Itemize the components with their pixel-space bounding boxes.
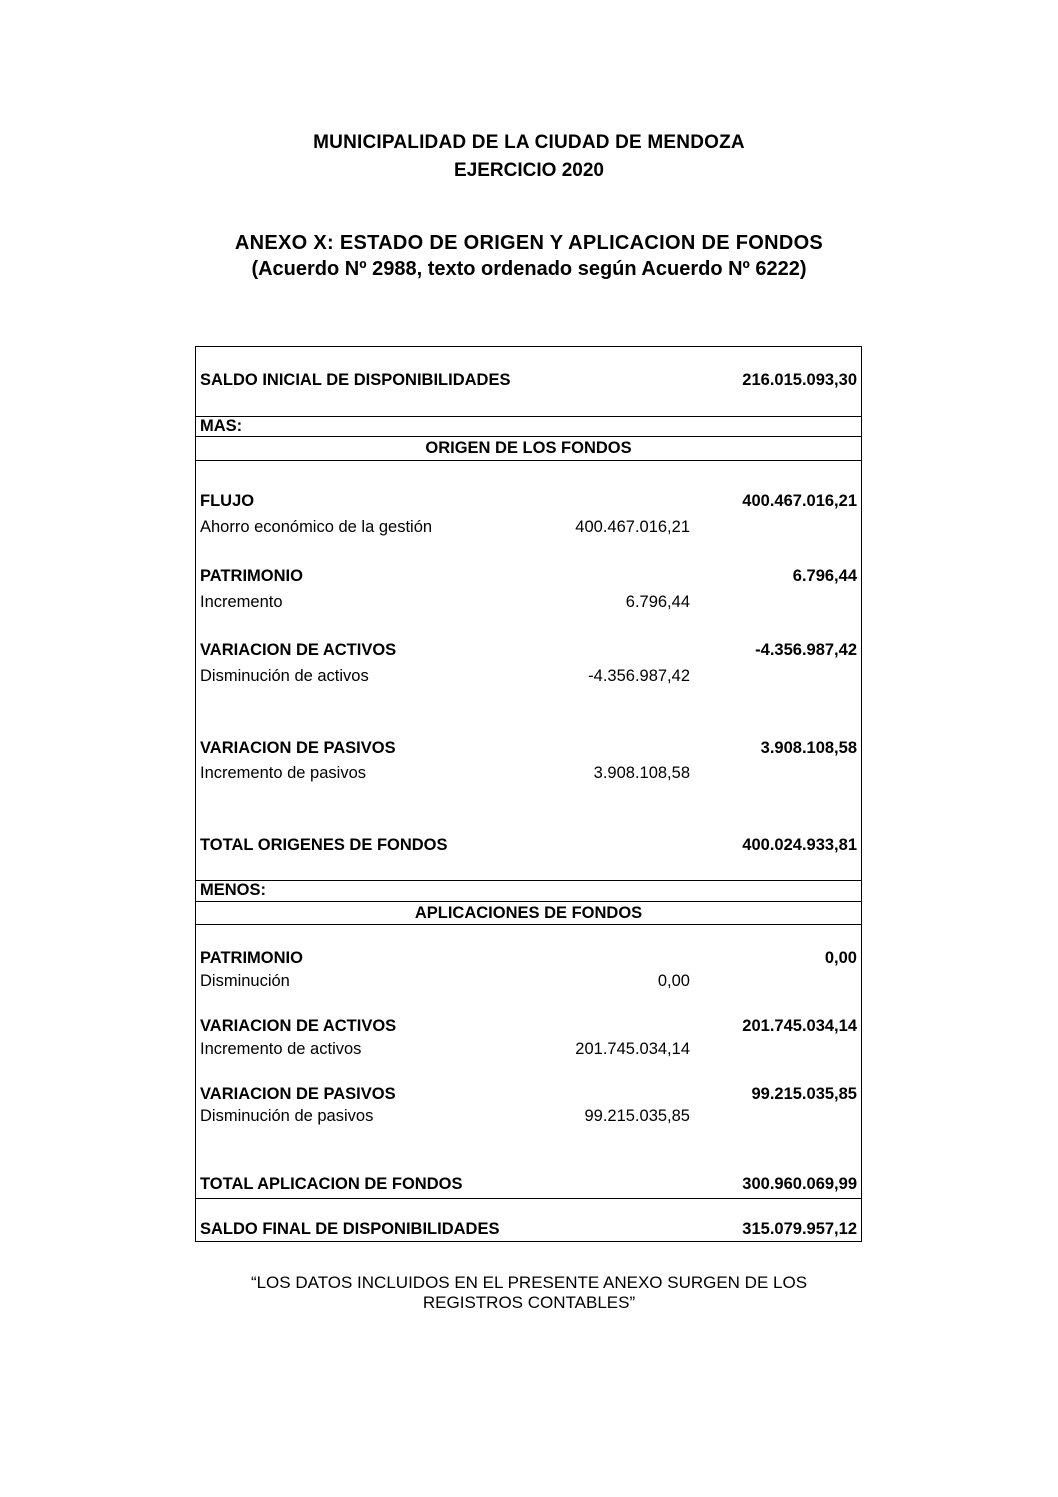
detail-amount: 99.215.035,85 (584, 1107, 690, 1126)
item-label: VARIACION DE PASIVOS (200, 739, 396, 758)
saldo-inicial-amount: 216.015.093,30 (742, 371, 857, 390)
detail-label: Incremento de activos (200, 1040, 361, 1059)
detail-label: Disminución de activos (200, 667, 369, 686)
divider (196, 924, 861, 925)
mas-label: MAS: (200, 417, 242, 436)
item-label: VARIACION DE ACTIVOS (200, 1017, 396, 1036)
detail-amount: 3.908.108,58 (594, 764, 690, 783)
footer-line-2: REGISTROS CONTABLES” (0, 1293, 1058, 1313)
divider (196, 416, 861, 417)
detail-amount: 0,00 (658, 972, 690, 991)
item-label: VARIACION DE ACTIVOS (200, 641, 396, 660)
detail-amount: 6.796,44 (626, 593, 690, 612)
fiscal-year: EJERCICIO 2020 (0, 160, 1058, 182)
item-amount: 0,00 (825, 949, 857, 968)
divider (196, 901, 861, 902)
funds-statement-table: SALDO INICIAL DE DISPONIBILIDADES 216.01… (195, 346, 862, 1242)
total-aplicacion-amount: 300.960.069,99 (742, 1175, 857, 1194)
item-amount: 3.908.108,58 (761, 739, 857, 758)
aplicaciones-title: APLICACIONES DE FONDOS (196, 904, 861, 923)
total-origenes-amount: 400.024.933,81 (742, 836, 857, 855)
divider (196, 460, 861, 461)
item-amount: 6.796,44 (793, 567, 857, 586)
item-amount: 201.745.034,14 (742, 1017, 857, 1036)
detail-amount: 201.745.034,14 (575, 1040, 690, 1059)
detail-label: Disminución (200, 972, 290, 991)
annex-subtitle: (Acuerdo Nº 2988, texto ordenado según A… (0, 258, 1058, 281)
detail-amount: -4.356.987,42 (588, 667, 690, 686)
divider (196, 880, 861, 881)
item-amount: 400.467.016,21 (742, 492, 857, 511)
menos-label: MENOS: (200, 881, 266, 900)
detail-amount: 400.467.016,21 (575, 518, 690, 537)
divider (196, 1198, 861, 1199)
footer-note: “LOS DATOS INCLUIDOS EN EL PRESENTE ANEX… (0, 1273, 1058, 1313)
annex-title: ANEXO X: ESTADO DE ORIGEN Y APLICACION D… (0, 232, 1058, 255)
detail-label: Incremento (200, 593, 283, 612)
total-aplicacion-label: TOTAL APLICACION DE FONDOS (200, 1175, 462, 1194)
saldo-final-amount: 315.079.957,12 (742, 1220, 857, 1239)
item-amount: 99.215.035,85 (751, 1085, 857, 1104)
detail-label: Ahorro económico de la gestión (200, 518, 432, 537)
municipality-title: MUNICIPALIDAD DE LA CIUDAD DE MENDOZA (0, 132, 1058, 154)
saldo-inicial-label: SALDO INICIAL DE DISPONIBILIDADES (200, 371, 510, 390)
total-origenes-label: TOTAL ORIGENES DE FONDOS (200, 836, 448, 855)
footer-line-1: “LOS DATOS INCLUIDOS EN EL PRESENTE ANEX… (0, 1273, 1058, 1293)
divider (196, 436, 861, 437)
item-label: PATRIMONIO (200, 567, 303, 586)
item-label: FLUJO (200, 492, 254, 511)
detail-label: Incremento de pasivos (200, 764, 366, 783)
item-amount: -4.356.987,42 (755, 641, 857, 660)
item-label: VARIACION DE PASIVOS (200, 1085, 396, 1104)
detail-label: Disminución de pasivos (200, 1107, 373, 1126)
saldo-final-label: SALDO FINAL DE DISPONIBILIDADES (200, 1220, 499, 1239)
item-label: PATRIMONIO (200, 949, 303, 968)
origen-title: ORIGEN DE LOS FONDOS (196, 439, 861, 458)
